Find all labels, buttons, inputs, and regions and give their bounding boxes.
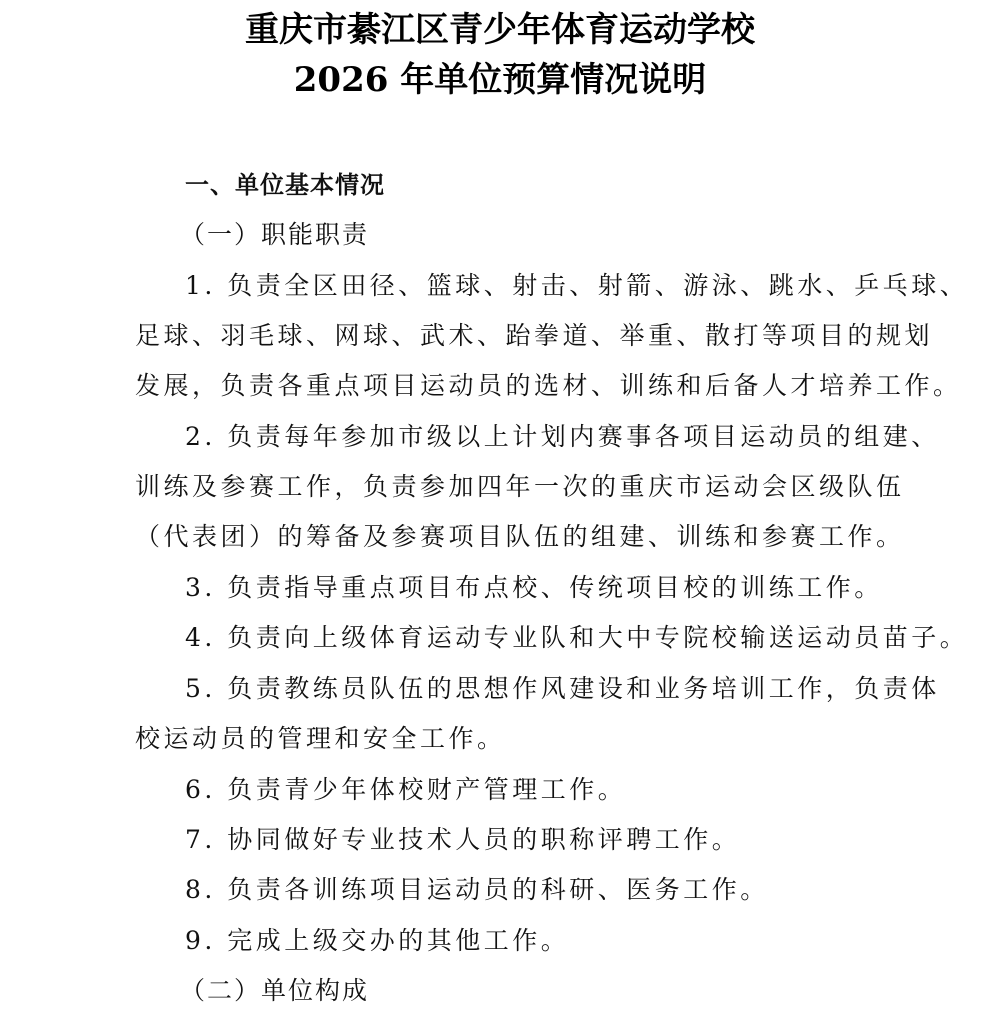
function-item-4: 4. 负责向上级体育运动专业队和大中专院校输送运动员苗子。 [185, 623, 968, 653]
function-item-2-line-1: 2. 负责每年参加市级以上计划内赛事各项目运动员的组建、 [185, 422, 940, 452]
function-item-9: 9. 完成上级交办的其他工作。 [185, 926, 569, 956]
document-page: 重庆市綦江区青少年体育运动学校 2026 年单位预算情况说明 一、单位基本情况 … [0, 0, 1000, 1012]
function-item-6: 6. 负责青少年体校财产管理工作。 [185, 775, 626, 805]
subsection-heading-composition: （二）单位构成 [180, 976, 369, 1006]
function-item-7: 7. 协同做好专业技术人员的职称评聘工作。 [185, 825, 740, 855]
function-item-1-line-2: 足球、羽毛球、网球、武术、跆拳道、举重、散打等项目的规划 [135, 321, 933, 351]
function-item-2-line-2: 训练及参赛工作，负责参加四年一次的重庆市运动会区级队伍 [135, 472, 905, 502]
document-title-line-1: 重庆市綦江区青少年体育运动学校 [0, 10, 1000, 50]
function-item-5-line-2: 校运动员的管理和安全工作。 [135, 724, 506, 754]
document-title-line-2: 2026 年单位预算情况说明 [0, 60, 1000, 100]
function-item-5-line-1: 5. 负责教练员队伍的思想作风建设和业务培训工作，负责体 [185, 674, 940, 704]
function-item-1-line-1: 1. 负责全区田径、篮球、射击、射箭、游泳、跳水、乒乓球、 [185, 271, 968, 301]
function-item-2-line-3: （代表团）的筹备及参赛项目队伍的组建、训练和参赛工作。 [135, 522, 905, 552]
section-heading-basic-info: 一、单位基本情况 [185, 170, 385, 200]
function-item-1-line-3: 发展，负责各重点项目运动员的选材、训练和后备人才培养工作。 [135, 371, 962, 401]
subsection-heading-functions: （一）职能职责 [180, 220, 369, 250]
function-item-8: 8. 负责各训练项目运动员的科研、医务工作。 [185, 875, 769, 905]
function-item-3: 3. 负责指导重点项目布点校、传统项目校的训练工作。 [185, 573, 883, 603]
